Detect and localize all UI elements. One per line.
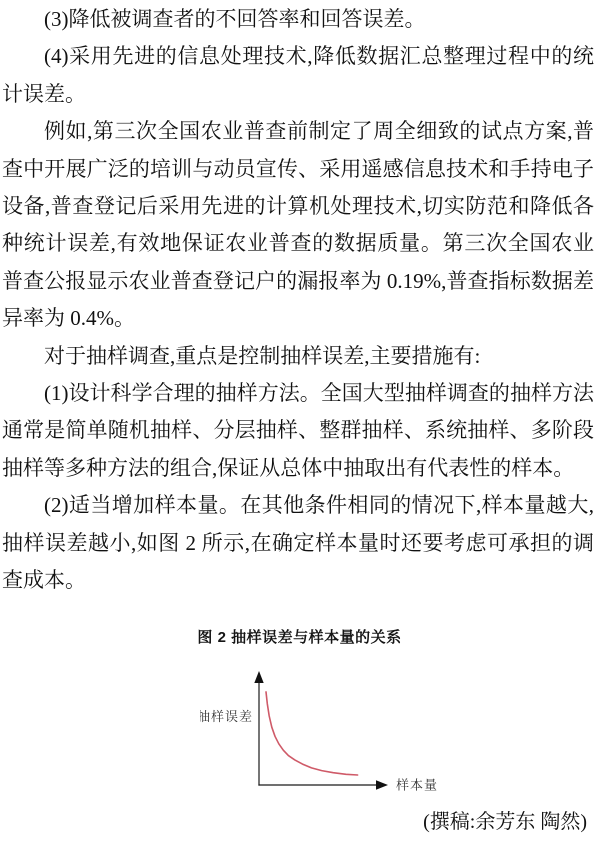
sample-size-error-chart: 抽样误差 样本量: [200, 668, 450, 793]
paragraph: (4)采用先进的信息处理技术,降低数据汇总整理过程中的统计误差。: [2, 38, 594, 113]
x-axis-label: 样本量: [396, 778, 438, 793]
x-axis-arrow-icon: [376, 780, 388, 789]
paragraph: (1)设计科学合理的抽样方法。全国大型抽样调查的抽样方法通常是简单随机抽样、分层…: [2, 375, 594, 487]
paragraph: 例如,第三次全国农业普查前制定了周全细致的试点方案,普查中开展广泛的培训与动员宣…: [2, 113, 594, 337]
error-curve: [266, 692, 358, 775]
document-page: (3)降低被调查者的不回答率和回答误差。(4)采用先进的信息处理技术,降低数据汇…: [0, 0, 599, 848]
y-axis-arrow-icon: [254, 671, 263, 683]
credit-line: (撰稿:余芳东 陶然): [0, 808, 599, 836]
figure-caption: 图 2 抽样误差与样本量的关系: [0, 627, 599, 649]
y-axis-label: 抽样误差: [200, 709, 253, 724]
paragraph: (2)适当增加样本量。在其他条件相同的情况下,样本量越大,抽样误差越小,如图 2…: [2, 487, 594, 599]
body-text: (3)降低被调查者的不回答率和回答误差。(4)采用先进的信息处理技术,降低数据汇…: [0, 0, 599, 600]
paragraph: 对于抽样调查,重点是控制抽样误差,主要措施有:: [2, 338, 594, 375]
figure-2: 图 2 抽样误差与样本量的关系 抽样误差 样本量: [0, 627, 599, 797]
paragraph: (3)降低被调查者的不回答率和回答误差。: [2, 1, 594, 38]
